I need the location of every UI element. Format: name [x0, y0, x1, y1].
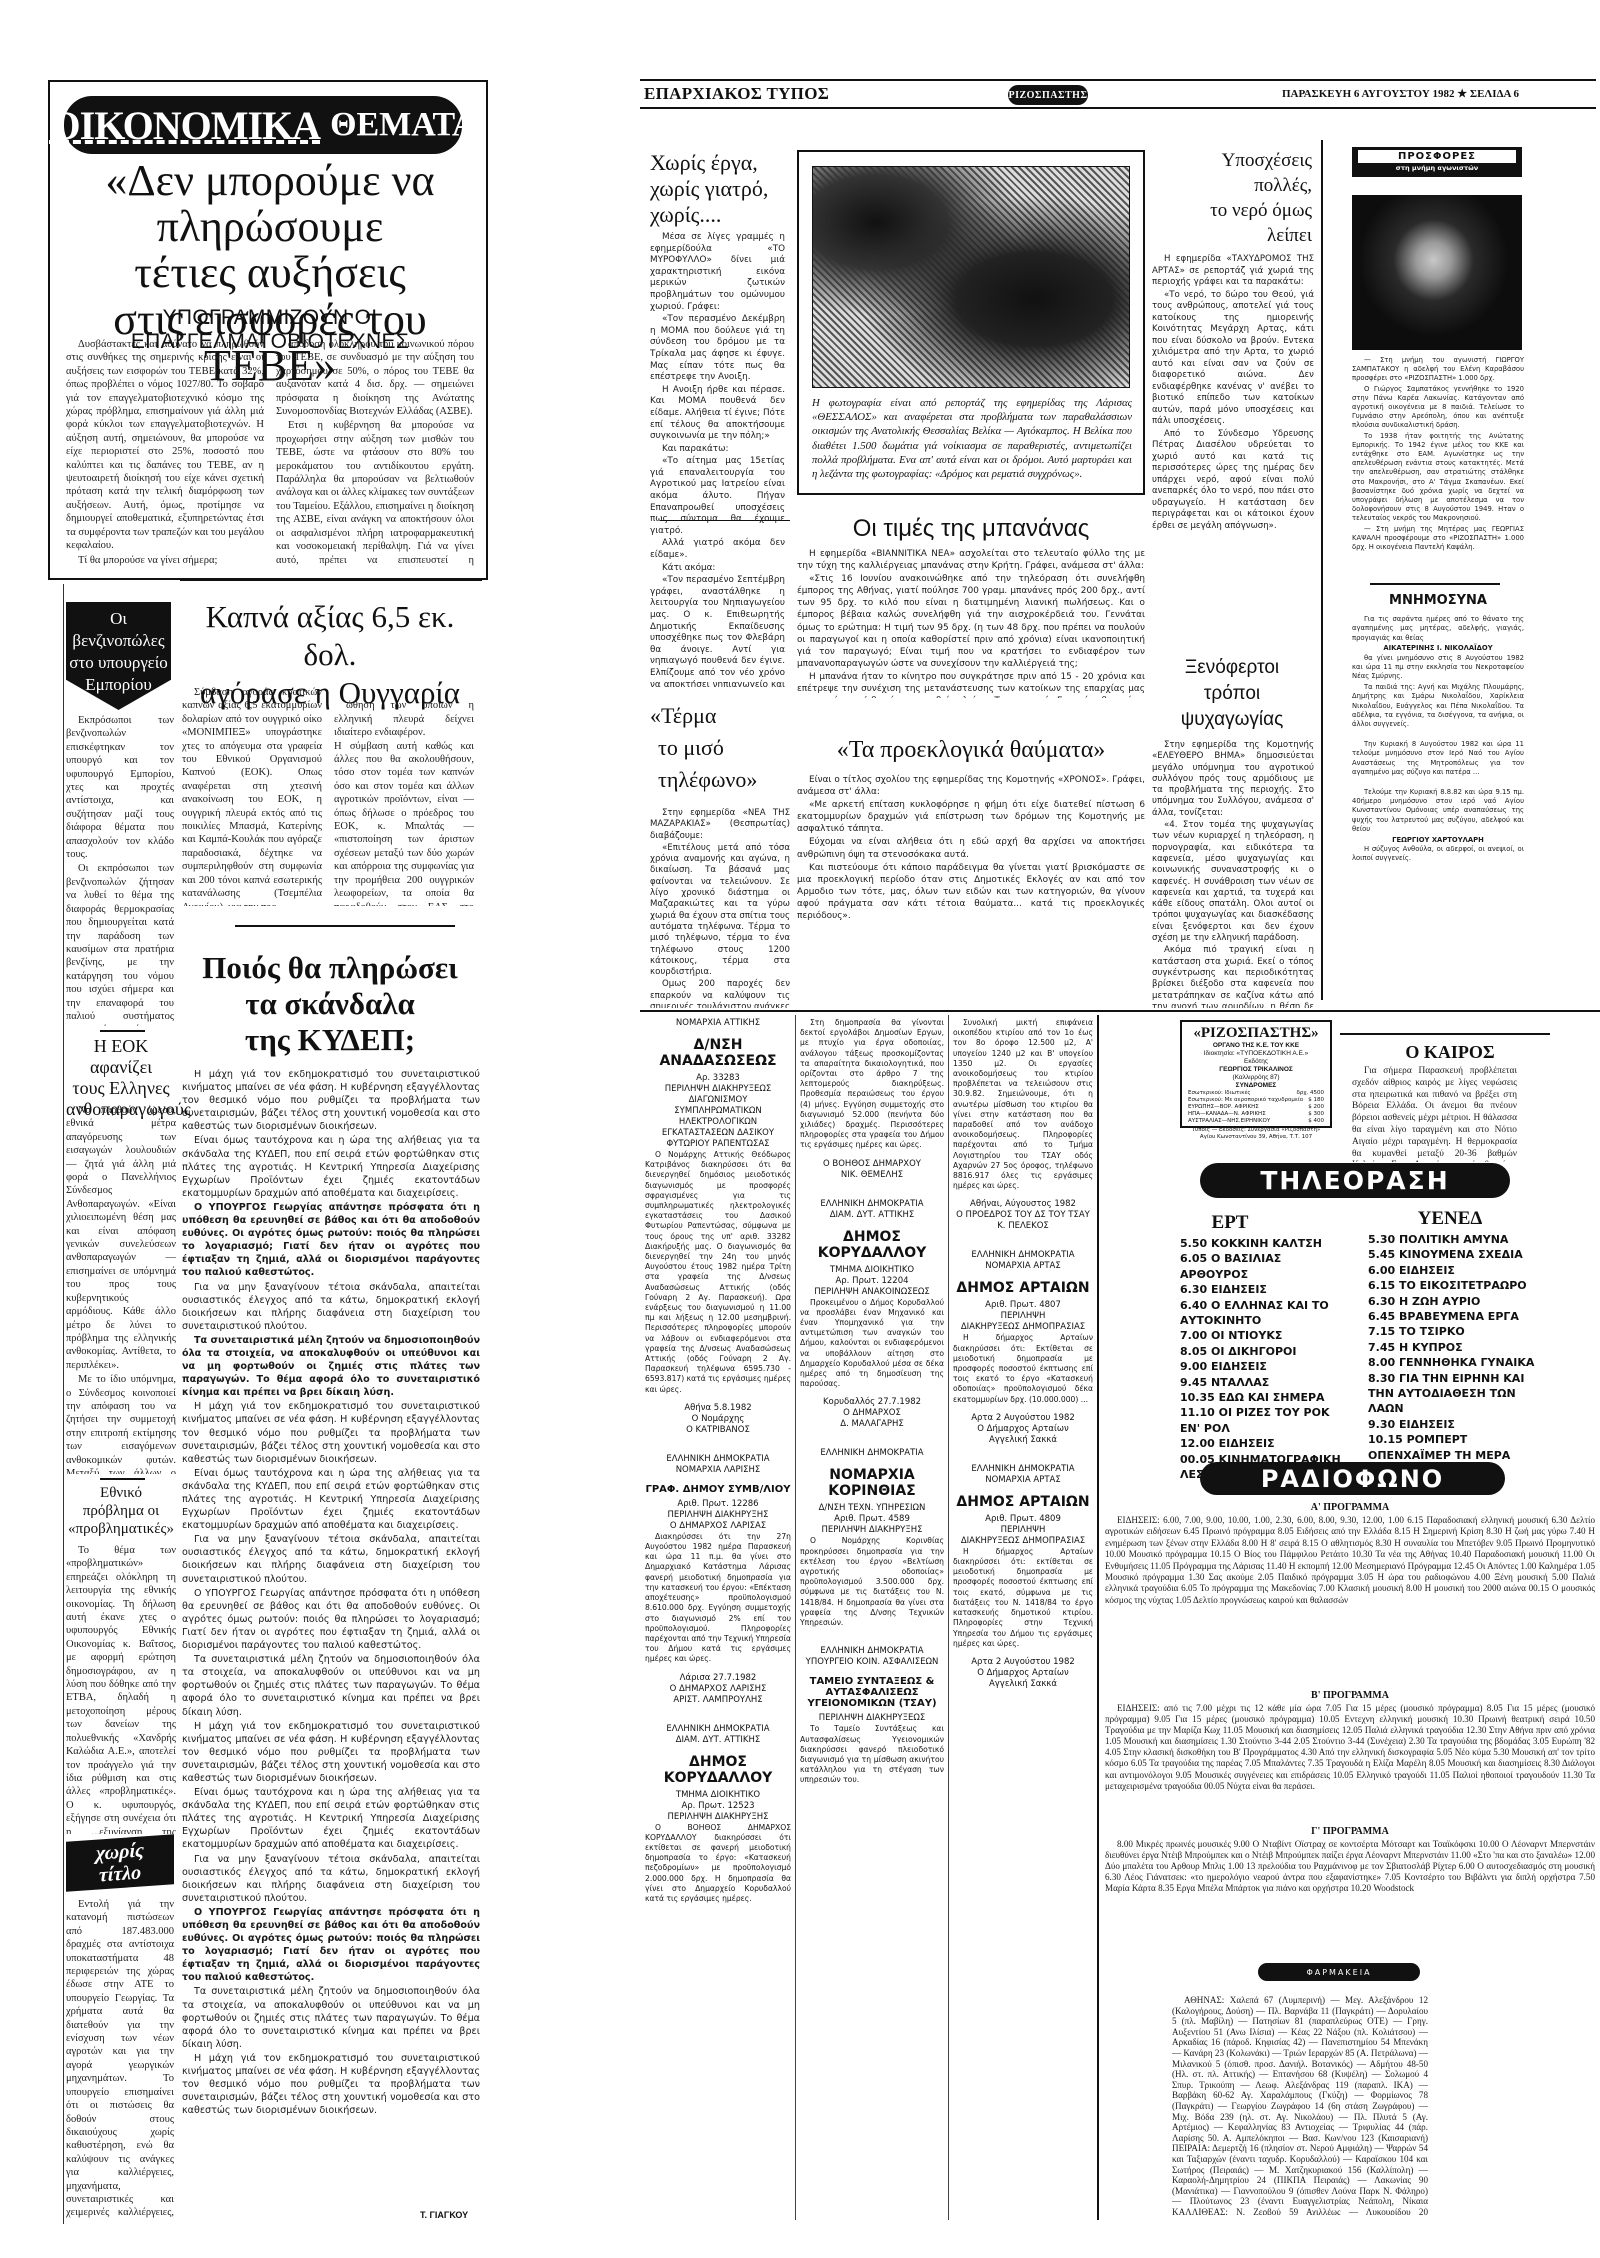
notice-header: ΕΛΛΗΝΙΚΗ ΔΗΜΟΚΡΑΤΙΑ ΥΠΟΥΡΓΕΙΟ ΚΟΙΝ. ΑΣΦΑ…: [800, 1646, 944, 1668]
donations-header: ΠΡΟΣΦΟΡΕΣ στη μνήμη αγωνιστών: [1352, 147, 1522, 177]
notice-signature: Αθήνα 5.8.1982 Ο Νομάρχης Ο ΚΑΤΡΙΒΑΝΟΣ: [645, 1403, 791, 1436]
imprint-line: ΓΕΩΡΓΙΟΣ ΤΡΙΚΑΛΙΝΟΣ: [1182, 1066, 1330, 1074]
paper-name-badge: ΡΙΖΟΣΠΑΣΤΗΣ: [1008, 85, 1088, 105]
flowers-title-2: τους Ελληνες: [66, 1078, 176, 1099]
notice-sub: ΤΜΗΜΑ ΔΙΟΙΚΗΤΙΚΟ Αρ. Πρωτ. 12523 ΠΕΡΙΛΗΨ…: [645, 1790, 791, 1823]
paragraph: — Στη μνήμη της Μητέρας μας ΓΕΩΡΓΙΑΣ ΚΑΨ…: [1352, 525, 1524, 553]
paragraph: απόδοση ολόκληρου του κοινωνικού πόρου τ…: [276, 338, 474, 418]
notice-signature: Αρτα 2 Αυγούστου 1982 Ο Δήμαρχος Αρταίων…: [953, 1657, 1093, 1690]
column-rule: [948, 1015, 949, 2220]
imprint-line: ΟΡΓΑΝΟ ΤΗΣ Κ.Ε. ΤΟΥ ΚΚΕ: [1182, 1042, 1330, 1050]
water-title-1: Υποσχέσεις: [1152, 148, 1312, 173]
paragraph: «Στις 16 Ιουνίου ανακοινώθηκε από την τη…: [797, 573, 1145, 670]
paragraph: Με το ίδιο υπόμνημα, ο Σύνδεσμος κοινοπο…: [66, 1373, 176, 1474]
paragraph: «Τον περασμένο Σεπτέμβρη γράφει, αναστάλ…: [650, 575, 785, 687]
paragraph: Εντολή γιά την κατανομή πιστώσεων από 18…: [66, 1898, 174, 2218]
divider: [100, 1030, 145, 1032]
paragraph: Το 1938 ήταν φοιτητής της Ανώτατης Εμπορ…: [1352, 432, 1524, 524]
paragraph: Η μάχη γιά τον εκδημοκρατισμό του συνετα…: [182, 1720, 480, 1785]
program-item: 6.30 Η ΖΩΗ ΑΥΡΙΟ: [1368, 1294, 1546, 1309]
notices-col-3: Συνολική μικτή επιφάνεια οικοπέδου κτιρί…: [953, 1018, 1093, 2218]
row-value: $ 300: [1308, 1111, 1324, 1118]
donations-subtitle: στη μνήμη αγωνιστών: [1352, 163, 1522, 174]
paragraph: Τί θα μπορούσε να γίνει σήμερα;: [66, 554, 264, 567]
paragraph: Εκπρόσωποι των βενζινοπωλών επισκέφτηκαν…: [66, 714, 174, 861]
paragraph: «Το αίτημα μας 15ετίας γιά επαναλειτουργ…: [650, 456, 785, 537]
notice-sub: Αρ. 33283 ΠΕΡΙΛΗΨΗ ΔΙΑΚΗΡΥΞΕΩΣ ΔΙΑΓΩΝΙΣΜ…: [645, 1073, 791, 1150]
paragraph: Η μάχη γιά τον εκδημοκρατισμό του συνετα…: [182, 1400, 480, 1465]
paragraph: Να παρθούν άμεσα, εθνικά μέτρα απαγόρευσ…: [66, 1104, 176, 1372]
subscription-row: ΗΠΑ—ΚΑΝΑΔΑ—Ν. ΑΦΡΙΚΗΣ$ 300: [1188, 1111, 1324, 1118]
notice-title: ΔΗΜΟΣ ΚΟΡΥΔΑΛΛΟΥ: [645, 1754, 791, 1786]
masthead-bottom-rule: [640, 107, 1596, 109]
economics-col-2: απόδοση ολόκληρου του κοινωνικού πόρου τ…: [276, 338, 474, 566]
program-item: 6.30 ΕΙΔΗΣΕΙΣ: [1180, 1282, 1350, 1297]
notice-title: ΔΗΜΟΣ ΚΟΡΥΔΑΛΛΟΥ: [800, 1229, 944, 1261]
paragraph: Για να μην ξαναγίνουν τέτοια σκάνδαλα, α…: [182, 1533, 480, 1585]
no-works-title-3: χωρίς....: [650, 202, 790, 228]
paragraph: Είναι όμως ταυτόχρονα και η ώρα της αλήθ…: [182, 1467, 480, 1532]
paragraph: «4. Στον τομέα της ψυχαγωγίας των νέων κ…: [1152, 820, 1314, 944]
notice-title: Δ/ΝΣΗ ΑΝΑΔΑΣΩΣΕΩΣ: [645, 1037, 791, 1069]
program-item: 7.15 ΤΟ ΤΣΙΡΚΟ: [1368, 1324, 1546, 1339]
notice-sub: ΤΜΗΜΑ ΔΙΟΙΚΗΤΙΚΟ Αρ. Πρωτ. 12204 ΠΕΡΙΛΗΨ…: [800, 1265, 944, 1298]
imprint-line: Ιδιοκτησία: «ΤΥΠΟΕΚΔΟΤΙΚΗ Α.Ε.»: [1182, 1050, 1330, 1058]
paragraph: Ο ΥΠΟΥΡΓΟΣ Γεωργίας απάντησε πρόσφατα ότ…: [182, 1587, 480, 1652]
phone-body: Στην εφημερίδα «ΝΕΑ ΤΗΣ ΜΑΖΑΡΑΚΙΑΣ» (Θεσ…: [650, 808, 790, 1008]
row-label: Εσωτερικού: Με αεροπορικό ταχυδρομείο: [1188, 1097, 1303, 1104]
problematic-title-3: «προβληματικές»: [66, 1520, 176, 1538]
paragraph: Ο Γιώργος Σαμπατάκος γεννήθηκε το 1920 σ…: [1352, 385, 1524, 431]
notice-sub: ΠΕΡΙΛΗΨΗ ΔΙΑΚΗΡΥΞΕΩΣ: [800, 1713, 944, 1724]
paragraph: Οι εκπρόσωποι των βενζινοπωλών ζήτησαν ν…: [66, 862, 174, 1026]
paragraph: Τα συνεταιριστικά μέλη ζητούν να δημοσιο…: [182, 1334, 480, 1399]
radio-program-c-title: Γ' ΠΡΟΓΡΑΜΜΑ: [1105, 1826, 1595, 1837]
paragraph: Μέσα σε λίγες γραμμές η εφημερίδούλα «ΤΟ…: [650, 232, 785, 313]
notice-sub: Αριθ. Πρωτ. 4807 ΠΕΡΙΛΗΨΗ ΔΙΑΚΗΡΥΞΕΩΣ ΔΗ…: [953, 1300, 1093, 1333]
paragraph: Στην εφημερίδα «ΝΕΑ ΤΗΣ ΜΑΖΑΡΑΚΙΑΣ» (Θεσ…: [650, 808, 790, 842]
program-item: 9.00 ΕΙΔΗΣΕΙΣ: [1180, 1359, 1350, 1374]
program-item: 9.30 ΕΙΔΗΣΕΙΣ: [1368, 1417, 1546, 1432]
imprint-box: «ΡΙΖΟΣΠΑΣΤΗΣ» ΟΡΓΑΝΟ ΤΗΣ Κ.Ε. ΤΟΥ ΚΚΕ Ιδ…: [1180, 1020, 1332, 1128]
imprint-footer: Τύποις — Εκδόσεις: Συνεργασία «Ριζοσπάστ…: [1188, 1126, 1324, 1141]
headline-line-2: τέτιες αυξήσεις: [60, 250, 480, 296]
paragraph: Εύχομαι να είναι αλήθεια ότι η εδώ αρχή …: [797, 836, 1145, 860]
kydep-body: Η μάχη γιά τον εκδημοκρατισμό του συνετα…: [182, 1068, 480, 2208]
tobacco-title-1: Καπνά αξίας 6,5 εκ. δολ.: [180, 598, 480, 674]
notice-body: Ο Νομάρχης Αττικής Θεόδωρος Κατριβάνος δ…: [645, 1150, 791, 1395]
gas-headline: Οι βενζινοπώλες στο υπουργείο Εμπορίου: [66, 602, 171, 696]
row-value: δρχ. 4500: [1296, 1090, 1324, 1097]
no-title-badge: χωρίς τίτλο: [66, 1834, 174, 1892]
program-item: 10.35 ΕΔΩ ΚΑΙ ΣΗΜΕΡΑ: [1180, 1390, 1350, 1405]
program-item: 8.30 ΓΙΑ ΤΗΝ ΕΙΡΗΝΗ ΚΑΙ ΤΗΝ ΑΥΤΟΔΙΑΘΕΣΗ …: [1368, 1371, 1546, 1417]
radio-banner-label: ΡΑΔΙΟΦΩΝΟ: [1261, 1465, 1444, 1493]
program-item: 5.30 ΠΟΛΙΤΙΚΗ ΑΜΥΝΑ: [1368, 1232, 1546, 1247]
paragraph: Είναι ο τίτλος σχολίου της εφημερίδας τη…: [797, 774, 1145, 798]
paragraph: Ακόμα πιό τραγική είναι η κατάσταση στα …: [1152, 945, 1314, 1008]
radio-program-c-body: 8.00 Μικρές πρωινές μουσικές 9.00 Ο Νταβ…: [1105, 1839, 1595, 1949]
phone-title-1: «Τέρμα: [650, 700, 790, 732]
paragraph: Είναι όμως ταυτόχρονα και η ώρα της αλήθ…: [182, 1786, 480, 1851]
left-column-rule: [63, 584, 64, 2224]
subscription-row: ΑΥΣΤΡΑΛΙΑΣ—ΝΗΣ.ΕΙΡΗΝΙΚΟΥ$ 400: [1188, 1118, 1324, 1125]
program-item: 5.45 ΚΙΝΟΥΜΕΝΑ ΣΧΕΔΙΑ: [1368, 1247, 1546, 1262]
headline-line-1: «Δεν μπορούμε να πληρώσουμε: [60, 158, 480, 250]
program-item: 8.00 ΓΕΝΝΗΘΗΚΑ ΓΥΝΑΙΚΑ: [1368, 1355, 1546, 1370]
kydep-author: Τ. ΓΙΑΓΚΟΥ: [420, 2210, 468, 2220]
imprint-title: «ΡΙΖΟΣΠΑΣΤΗΣ»: [1182, 1025, 1330, 1042]
paragraph: Η μάχη γιά τον εκδημοκρατισμό του συνετα…: [182, 1068, 480, 1133]
pre-election-body: Είναι ο τίτλος σχολίου της εφημερίδας τη…: [797, 774, 1145, 1006]
paragraph: ΑΘΗΝΑΣ: Χαλεπά 67 (Λυμπερινή) — Μεγ. Αλε…: [1172, 1995, 1428, 2215]
paragraph: Αλλά γιατρό ακόμα δεν είδαμε».: [650, 538, 785, 561]
paragraph: Η μπανάνα ήταν το κίνητρο που συγκράτησε…: [797, 671, 1145, 698]
entertainment-title-3: ψυχαγωγίας: [1152, 707, 1312, 733]
row-label: ΑΥΣΤΡΑΛΙΑΣ—ΝΗΣ.ΕΙΡΗΝΙΚΟΥ: [1188, 1118, 1270, 1125]
program-item: 11.10 ΟΙ ΡΙΖΕΣ ΤΟΥ ΡΟΚ ΕΝ' ΡΟΛ: [1180, 1405, 1350, 1436]
notices-top-rule: [640, 1010, 1600, 1012]
subscription-row: ΕΥΡΩΠΗΣ—ΒΟΡ. ΑΦΡΙΚΗΣ$ 200: [1188, 1104, 1324, 1111]
memorials-title: ΜΝΗΜΟΣΥΝΑ: [1352, 593, 1524, 608]
gas-title-3: Εμπορίου: [66, 674, 171, 696]
notice-signature: Λάρισα 27.7.1982 Ο ΔΗΜΑΡΧΟΣ ΛΑΡΙΣΗΣ ΑΡΙΣ…: [645, 1673, 791, 1706]
program-item: 7.00 ΟΙ ΝΤΙΟΥΚΣ: [1180, 1328, 1350, 1343]
donations-title: ΠΡΟΣΦΟΡΕΣ: [1358, 150, 1516, 163]
paragraph: Η σύζυγος Ανθούλα, οι αδερφοί, οι ανεψιο…: [1352, 845, 1524, 864]
subscriptions-table: Εσωτερικού: Ιδιωτικέςδρχ. 4500 Εσωτερικο…: [1182, 1090, 1330, 1141]
no-works-title-1: Χωρίς έργα,: [650, 150, 790, 176]
paragraph: Κάτι ακόμα:: [650, 563, 785, 575]
column-rule: [1321, 140, 1323, 1000]
bananas-body: Η εφημερίδα «ΒΙΑΝΝΙΤΙΚΑ ΝΕΑ» ασχολείται …: [797, 548, 1145, 698]
paragraph: Η μάχη γιά τον εκδημοκρατισμό του συνετα…: [182, 2052, 480, 2117]
notice-header: ΕΛΛΗΝΙΚΗ ΔΗΜΟΚΡΑΤΙΑ ΔΙΑΜ. ΔΥΤ. ΑΤΤΙΚΗΣ: [645, 1724, 791, 1746]
pharmacies-banner: ΦΑΡΜΑΚΕΙΑ: [1258, 1963, 1420, 1981]
weather-body: Για σήμερα Παρασκευή προβλέπεται σχεδόν …: [1352, 1066, 1517, 1162]
tv-banner-label: ΤΗΛΕΟΡΑΣΗ: [1260, 1166, 1449, 1195]
notice-body: Στη δημοπρασία θα γίνονται δεκτοί εργολά…: [800, 1018, 944, 1151]
problematic-title-2: πρόβλημα οι: [66, 1502, 176, 1520]
paragraph: Το θέμα των «προβληματικών» επηρεάζει ολ…: [66, 1544, 176, 1834]
paragraph: Η εφημερίδα «ΒΙΑΝΝΙΤΙΚΑ ΝΕΑ» ασχολείται …: [797, 548, 1145, 572]
tv-banner: ΤΗΛΕΟΡΑΣΗ: [1200, 1163, 1510, 1198]
pharmacies-body: ΑΘΗΝΑΣ: Χαλεπά 67 (Λυμπερινή) — Μεγ. Αλε…: [1172, 1995, 1428, 2215]
imprint-line: (Καλλιρρόης 87): [1182, 1074, 1330, 1082]
water-title-3: το νερό όμως: [1152, 198, 1312, 223]
row-value: $ 200: [1308, 1104, 1324, 1111]
no-works-body: Μέσα σε λίγες γραμμές η εφημερίδούλα «ΤΟ…: [650, 232, 785, 687]
ert-schedule: 5.50 ΚΟΚΚΙΝΗ ΚΑΛΤΣΗ 6.05 Ο ΒΑΣΙΛΙΑΣ ΑΡΘΟ…: [1180, 1236, 1350, 1483]
paragraph: Τελούμε την Κυριακή 8.8.82 και ώρα 9.15 …: [1352, 788, 1524, 835]
paragraph: Είναι όμως ταυτόχρονα και η ώρα της αλήθ…: [182, 1134, 480, 1199]
program-item: 12.00 ΕΙΔΗΣΕΙΣ: [1180, 1436, 1350, 1451]
program-item: 6.15 ΤΟ ΕΙΚΟΣΙΤΕΤΡΑΩΡΟ: [1368, 1278, 1546, 1293]
notices-col-2: Στη δημοπρασία θα γίνονται δεκτοί εργολά…: [800, 1018, 944, 2218]
radio-program-b-title: Β' ΠΡΟΓΡΑΜΜΑ: [1105, 1690, 1595, 1701]
paragraph: Δυσβάστακτες και αδύνατο να πληρωθούν στ…: [66, 338, 264, 553]
phone-headline: «Τέρμα το μισό τηλέφωνο»: [650, 700, 790, 796]
paragraph: Για τις σαράντα ημέρες από το θάνατο της…: [1352, 615, 1524, 643]
radio-program-a-title: Α' ΠΡΟΓΡΑΜΜΑ: [1105, 1502, 1595, 1513]
radio-program-a-body: ΕΙΔΗΣΕΙΣ: 6.00, 7.00, 9.00, 10.00, 1.00,…: [1105, 1515, 1595, 1685]
paragraph: Και πιστεύουμε ότι κάποιο παράδειγμα θα …: [797, 862, 1145, 922]
problematic-body: Το θέμα των «προβληματικών» επηρεάζει ολ…: [66, 1544, 176, 1834]
donations-body: — Στη μνήμη του αγωνιστή ΓΙΩΡΓΟΥ ΣΑΜΠΑΤΑ…: [1352, 356, 1524, 561]
pre-election-headline: «Τα προεκλογικά θαύματα»: [797, 738, 1145, 763]
imprint-line: Εκδότης: [1182, 1058, 1330, 1066]
tobacco-col-1: Σύμβαση αγοράς κρατικών καπνών αξίας 6,5…: [182, 686, 322, 906]
paragraph: θα γίνει μνημόσυνο στις 8 Αυγούστου 1982…: [1352, 654, 1524, 682]
water-headline: Υποσχέσεις πολλές, το νερό όμως λείπει: [1152, 148, 1312, 248]
paragraph: Ο ΥΠΟΥΡΓΟΣ Γεωργίας απάντησε πρόσφατα ότ…: [182, 1906, 480, 1985]
notice-signature: Ο ΒΟΗΘΟΣ ΔΗΜΑΡΧΟΥ ΝΙΚ. ΘΕΜΕΛΗΣ: [800, 1159, 944, 1181]
entertainment-headline: Ξενόφερτοι τρόποι ψυχαγωγίας: [1152, 655, 1312, 733]
notice-body: Συνολική μικτή επιφάνεια οικοπέδου κτιρί…: [953, 1018, 1093, 1191]
paragraph: Τα παιδιά της: Αγνή και Μιχάλης Πλουμάρη…: [1352, 683, 1524, 730]
memorials-body: Για τις σαράντα ημέρες από το θάνατο της…: [1352, 615, 1524, 1010]
notice-body: Ο ΒΟΗΘΟΣ ΔΗΜΑΡΧΟΣ ΚΟΡΥΔΑΛΛΟΥ διακηρύσσει…: [645, 1823, 791, 1905]
problematic-headline: Εθνικό πρόβλημα οι «προβληματικές»: [66, 1484, 176, 1538]
divider: [1340, 1033, 1550, 1035]
notice-signature: Κορυδαλλός 27.7.1982 Ο ΔΗΜΑΡΧΟΣ Δ. ΜΑΛΑΓ…: [800, 1397, 944, 1430]
entertainment-title-2: τρόποι: [1152, 681, 1312, 707]
entertainment-body: Στην εφημερίδα της Κομοτηνής «ΕΛΕΥΘΕΡΟ Β…: [1152, 740, 1314, 1008]
flowers-title-1: Η ΕΟΚ αφανίζει: [66, 1036, 176, 1078]
notice-title: ΔΗΜΟΣ ΑΡΤΑΙΩΝ: [953, 1280, 1093, 1296]
phone-title-3: τηλέφωνο»: [650, 764, 790, 796]
paragraph: ΕΙΔΗΣΕΙΣ: 6.00, 7.00, 9.00, 10.00, 1.00,…: [1105, 1515, 1595, 1606]
paragraph: ώθηση των οποίων η ελληνική πλευρά δείχν…: [334, 699, 474, 906]
notice-title: ΤΑΜΕΙΟ ΣΥΝΤΑΞΕΩΣ & ΑΥΤΑΣΦΑΛΙΣΕΩΣ ΥΓΕΙΟΝΟ…: [800, 1676, 944, 1709]
tobacco-col-2: ώθηση των οποίων η ελληνική πλευρά δείχν…: [334, 686, 474, 906]
gas-title-1: Οι βενζινοπώλες: [66, 608, 171, 652]
notice-sub: Αριθ. Πρωτ. 12286 ΠΕΡΙΛΗΨΗ ΔΙΑΚΗΡΥΞΗΣ Ο …: [645, 1499, 791, 1532]
row-value: $ 180: [1308, 1097, 1324, 1104]
bananas-headline: Οι τιμές της μπανάνας: [797, 516, 1145, 541]
notice-header: ΕΛΛΗΝΙΚΗ ΔΗΜΟΚΡΑΤΙΑ ΝΟΜΑΡΧΙΑ ΑΡΤΑΣ: [953, 1250, 1093, 1272]
paragraph: Η Ανοιξη ήρθε και πέρασε. Και ΜΟΜΑ πουθε…: [650, 385, 785, 443]
divider: [235, 925, 455, 927]
water-body: Η εφημερίδα «ΤΑΧΥΔΡΟΜΟΣ ΤΗΣ ΑΡΤΑΣ» σε ρε…: [1152, 254, 1314, 584]
paragraph: «Τον περασμένο Δεκέμβρη η ΜΟΜΑ που δούλε…: [650, 314, 785, 384]
paragraph: Για σήμερα Παρασκευή προβλέπεται σχεδόν …: [1352, 1066, 1517, 1162]
paragraph: «Με αρκετή επίταση κυκλοφόρησε η φήμη ότ…: [797, 799, 1145, 835]
notice-body: Η δήμαρχος Αρταίων διακηρύσσει ότι: εκτί…: [953, 1547, 1093, 1649]
weather-title: Ο ΚΑΙΡΟΣ: [1345, 1042, 1555, 1063]
row-label: ΗΠΑ—ΚΑΝΑΔΑ—Ν. ΑΦΡΙΚΗΣ: [1188, 1111, 1266, 1118]
program-item: 6.00 ΕΙΔΗΣΕΙΣ: [1368, 1263, 1546, 1278]
paragraph: Ο ΥΠΟΥΡΓΟΣ Γεωργίας απάντησε πρόσφατα ότ…: [182, 1201, 480, 1280]
notice-header: ΕΛΛΗΝΙΚΗ ΔΗΜΟΚΡΑΤΙΑ: [800, 1448, 944, 1459]
paragraph: «Επιτέλους μετά από τόσα χρόνια αναμονής…: [650, 843, 790, 979]
notice-body: Διακηρύσσει ότι την 27η Αυγούστου 1982 η…: [645, 1532, 791, 1665]
notice-sub: Αριθ. Πρωτ. 4809 ΠΕΡΙΛΗΨΗ ΔΙΑΚΗΡΥΞΕΩΣ ΔΗ…: [953, 1514, 1093, 1547]
subscription-row: Εσωτερικού: Με αεροπορικό ταχυδρομείο$ 1…: [1188, 1097, 1324, 1104]
notice-body: Ο Νομάρχης Κορινθίας προκηρύσσει δημοπρα…: [800, 1536, 944, 1628]
program-item: 7.45 Η ΚΥΠΡΟΣ: [1368, 1340, 1546, 1355]
notice-header: ΝΟΜΑΡΧΙΑ ΑΤΤΙΚΗΣ: [645, 1018, 791, 1029]
notice-signature: Αρτα 2 Αυγούστου 1982 Ο Δήμαρχος Αρταίων…: [953, 1413, 1093, 1446]
phone-title-2: το μισό: [650, 732, 790, 764]
paragraph: — Στη μνήμη του αγωνιστή ΓΙΩΡΓΟΥ ΣΑΜΠΑΤΑ…: [1352, 356, 1524, 384]
notice-body: Η δήμαρχος Αρταίων διακηρύσσει ότι: Εκτί…: [953, 1333, 1093, 1404]
notice-title: ΓΡΑΦ. ΔΗΜΟΥ ΣΥΜΒ/ΛΙΟΥ: [645, 1484, 791, 1495]
radio-program-b-body: ΕΙΔΗΣΕΙΣ: από τις 7.00 μέχρι τις 12 κάθε…: [1105, 1703, 1595, 1821]
paragraph: Η εφημερίδα «ΤΑΧΥΔΡΟΜΟΣ ΤΗΣ ΑΡΤΑΣ» σε ρε…: [1152, 254, 1314, 289]
banner-word-1: ΟΙΚΟΝΟΜΙΚΑ: [50, 102, 321, 149]
subscription-row: Εσωτερικού: Ιδιωτικέςδρχ. 4500: [1188, 1090, 1324, 1097]
column-rule: [1097, 1015, 1099, 2220]
divider: [660, 520, 790, 521]
gas-title-2: στο υπουργείο: [66, 652, 171, 674]
paragraph: Σύμβαση αγοράς κρατικών καπνών αξίας 6,5…: [182, 686, 322, 906]
radio-banner: ΡΑΔΙΟΦΩΝΟ: [1200, 1462, 1505, 1495]
row-value: $ 400: [1308, 1118, 1324, 1125]
economics-col-1: Δυσβάστακτες και αδύνατο να πληρωθούν στ…: [66, 338, 264, 566]
paragraph: Την Κυριακή 8 Αυγούστου 1982 και ώρα 11 …: [1352, 740, 1524, 778]
subscriptions-title: ΣΥΝΔΡΟΜΕΣ: [1182, 1082, 1330, 1090]
row-label: Εσωτερικού: Ιδιωτικές: [1188, 1090, 1251, 1097]
notice-header: ΕΛΛΗΝΙΚΗ ΔΗΜΟΚΡΑΤΙΑ ΝΟΜΑΡΧΙΑ ΛΑΡΙΣΗΣ: [645, 1454, 791, 1476]
program-item: 6.40 Ο ΕΛΛΗΝΑΣ ΚΑΙ ΤΟ ΑΥΤΟΚΙΝΗΤΟ: [1180, 1298, 1350, 1329]
problematic-title-1: Εθνικό: [66, 1484, 176, 1502]
paragraph: Και παρακάτω:: [650, 444, 785, 456]
paragraph: Ετσι η κυβέρνηση θα μπορούσε να προχωρήσ…: [276, 419, 474, 566]
paragraph: Για να μην ξαναγίνουν τέτοια σκάνδαλα, α…: [182, 1281, 480, 1333]
paragraph: ΕΙΔΗΣΕΙΣ: από τις 7.00 μέχρι τις 12 κάθε…: [1105, 1703, 1595, 1792]
yened-schedule: 5.30 ΠΟΛΙΤΙΚΗ ΑΜΥΝΑ 5.45 ΚΙΝΟΥΜΕΝΑ ΣΧΕΔΙ…: [1368, 1232, 1546, 1494]
donation-portrait-photo: [1352, 195, 1522, 350]
water-title-4: λείπει: [1152, 223, 1312, 248]
flowers-body: Να παρθούν άμεσα, εθνικά μέτρα απαγόρευσ…: [66, 1104, 176, 1474]
entertainment-title-1: Ξενόφερτοι: [1152, 655, 1312, 681]
notice-title: ΝΟΜΑΡΧΙΑ ΚΟΡΙΝΘΙΑΣ: [800, 1467, 944, 1499]
notice-title: ΔΗΜΟΣ ΑΡΤΑΙΩΝ: [953, 1494, 1093, 1510]
notice-header: ΕΛΛΗΝΙΚΗ ΔΗΜΟΚΡΑΤΙΑ ΔΙΑΜ. ΔΥΤ. ΑΤΤΙΚΗΣ: [800, 1199, 944, 1221]
paragraph: 8.00 Μικρές πρωινές μουσικές 9.00 Ο Νταβ…: [1105, 1839, 1595, 1894]
paragraph: Ομως 200 παροχές δεν επαρκούν να καλύψου…: [650, 979, 790, 1008]
section-label: ΕΠΑΡΧΙΑΚΟΣ ΤΥΠΟΣ: [644, 84, 829, 104]
divider: [180, 580, 482, 581]
no-works-headline: Χωρίς έργα, χωρίς γιατρό, χωρίς....: [650, 150, 790, 228]
pharmacies-banner-label: ΦΑΡΜΑΚΕΙΑ: [1306, 1968, 1371, 1977]
photo-caption: Η φωτογραφία είναι από ρεπορτάζ της εφημ…: [812, 396, 1132, 481]
economics-banner: ΟΙΚΟΝΟΜΙΚΑ ΘΕΜΑΤΑ: [64, 96, 462, 154]
banner-word-2: ΘΕΜΑΤΑ: [330, 106, 476, 144]
no-works-title-2: χωρίς γιατρό,: [650, 176, 790, 202]
row-label: ΕΥΡΩΠΗΣ—ΒΟΡ. ΑΦΡΙΚΗΣ: [1188, 1104, 1259, 1111]
issue-date: ΠΑΡΑΣΚΕΥΗ 6 ΑΥΓΟΥΣΤΟΥ 1982 ★ ΣΕΛΙΔΑ 6: [1282, 87, 1519, 100]
kydep-headline: Ποιός θα πληρώσει τα σκάνδαλα της ΚΥΔΕΠ;: [180, 950, 480, 1058]
yened-title: ΥΕΝΕΔ: [1390, 1208, 1510, 1230]
program-item: 5.50 ΚΟΚΚΙΝΗ ΚΑΛΤΣΗ: [1180, 1236, 1350, 1251]
deceased-name: ΓΕΩΡΓΙΟΥ ΧΑΡΤΟΥΛΑΡΗ: [1352, 836, 1524, 845]
gas-headline-box: Οι βενζινοπώλες στο υπουργείο Εμπορίου: [66, 602, 171, 710]
paragraph: Τα συνεταιριστικά μέλη ζητούν να δημοσιο…: [182, 1985, 480, 2050]
notice-signature: Αθήναι, Αύγουστος 1982 Ο ΠΡΟΕΔΡΟΣ ΤΟΥ ΔΣ…: [953, 1199, 1093, 1232]
program-item: 6.05 Ο ΒΑΣΙΛΙΑΣ ΑΡΘΟΥΡΟΣ: [1180, 1251, 1350, 1282]
program-item: 8.05 ΟΙ ΔΙΚΗΓΟΡΟΙ: [1180, 1344, 1350, 1359]
water-title-2: πολλές,: [1152, 173, 1312, 198]
paragraph: Για να μην ξαναγίνουν τέτοια σκάνδαλα, α…: [182, 1853, 480, 1905]
paragraph: Στην εφημερίδα της Κομοτηνής «ΕΛΕΥΘΕΡΟ Β…: [1152, 740, 1314, 819]
deceased-name: ΑΙΚΑΤΕΡΙΝΗΣ Ι. ΝΙΚΟΛΑΪΔΟΥ: [1352, 644, 1524, 653]
kydep-title-3: της ΚΥΔΕΠ;: [180, 1022, 480, 1058]
divider: [100, 1478, 145, 1480]
masthead-top-rule: [640, 79, 1596, 81]
notice-sub: Δ/ΝΣΗ ΤΕΧΝ. ΥΠΗΡΕΣΙΩΝ Αριθ. Πρωτ. 4589 Π…: [800, 1503, 944, 1536]
ert-title: ΕΡΤ: [1170, 1212, 1290, 1234]
no-title-body: Εντολή γιά την κατανομή πιστώσεων από 18…: [66, 1898, 174, 2218]
notice-body: Προκειμένου ο Δήμος Κορυδαλλού να προσλά…: [800, 1298, 944, 1390]
program-item: 6.45 ΒΡΑΒΕΥΜΕΝΑ ΕΡΓΑ: [1368, 1309, 1546, 1324]
paragraph: Από το Σύνδεσμο Υδρευσης Πέτρας Διασέλου…: [1152, 429, 1314, 533]
no-title-label: χωρίς τίτλο: [66, 1834, 174, 1889]
landscape-photo: [812, 166, 1130, 388]
kydep-title-1: Ποιός θα πληρώσει: [180, 950, 480, 986]
paragraph: «Το νερό, το δώρο του Θεού, γιά τους ανθ…: [1152, 290, 1314, 428]
notices-col-1: ΝΟΜΑΡΧΙΑ ΑΤΤΙΚΗΣ Δ/ΝΣΗ ΑΝΑΔΑΣΩΣΕΩΣ Αρ. 3…: [645, 1018, 791, 2218]
divider: [1370, 583, 1500, 585]
notice-header: ΕΛΛΗΝΙΚΗ ΔΗΜΟΚΡΑΤΙΑ ΝΟΜΑΡΧΙΑ ΑΡΤΑΣ: [953, 1464, 1093, 1486]
program-item: 9.45 ΝΤΑΛΛΑΣ: [1180, 1375, 1350, 1390]
column-rule: [795, 1015, 796, 2220]
paragraph: Τα συνεταιριστικά μέλη ζητούν να δημοσιο…: [182, 1653, 480, 1718]
gas-body: Εκπρόσωποι των βενζινοπωλών επισκέφτηκαν…: [66, 714, 174, 1026]
kydep-title-2: τα σκάνδαλα: [180, 986, 480, 1022]
notice-body: Το Ταμείο Συντάξεως και Αυτασφαλίσεως Υγ…: [800, 1724, 944, 1785]
